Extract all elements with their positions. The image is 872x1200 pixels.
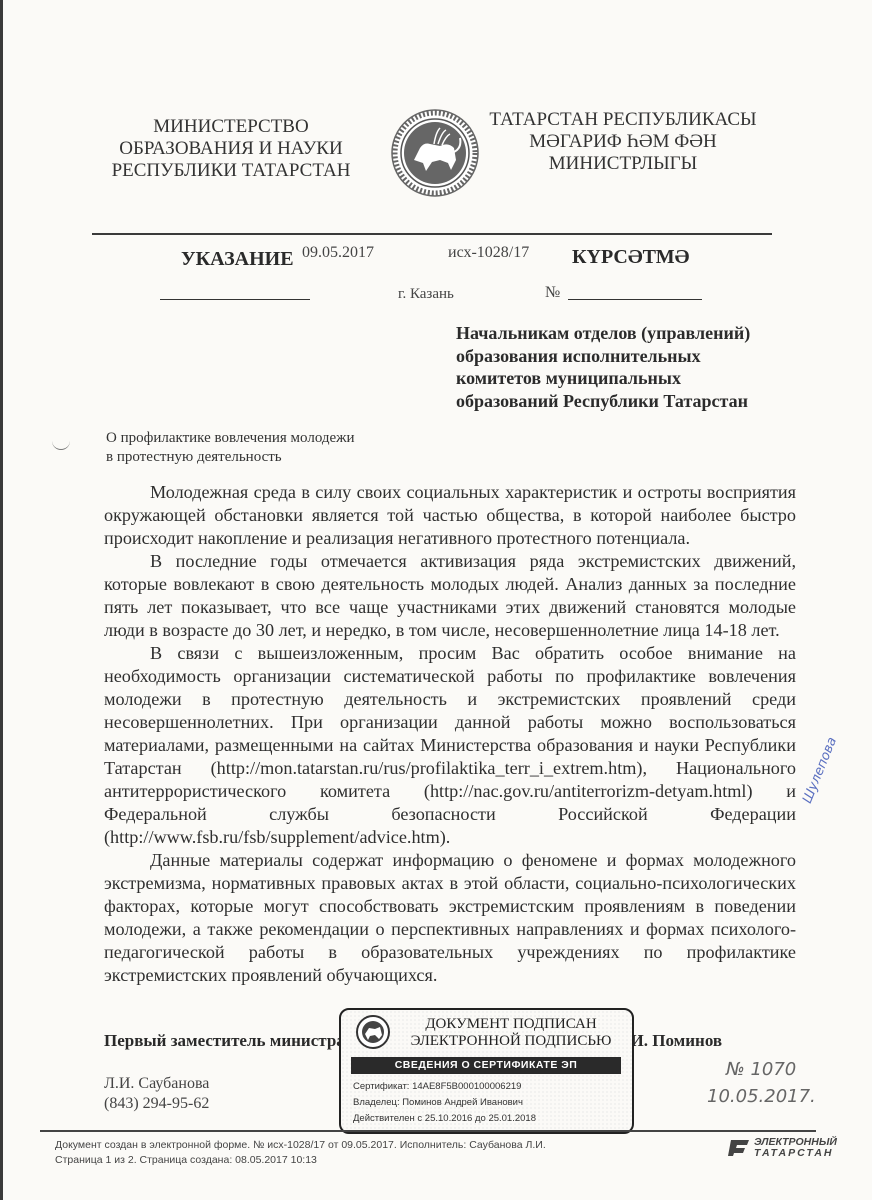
executor-phone: (843) 294-95-62 bbox=[104, 1094, 209, 1114]
tatarstan-coat-of-arms-icon bbox=[390, 108, 480, 198]
ministry-tt-line: МИНИСТРЛЫГЫ bbox=[478, 153, 768, 175]
stamp-validity: Действителен с 25.10.2016 до 25.01.2018 bbox=[353, 1113, 536, 1124]
subject-line: О профилактике вовлечения молодежи bbox=[106, 429, 426, 448]
ministry-ru-line: РЕСПУБЛИКИ ТАТАРСТАН bbox=[100, 160, 362, 182]
number-blank-line bbox=[568, 299, 702, 300]
tatarstan-emblem-icon bbox=[355, 1014, 391, 1050]
footer-info: Документ создан в электронной форме. № и… bbox=[55, 1138, 546, 1168]
handwritten-reg-number: № 1070 bbox=[726, 1059, 796, 1080]
electronic-tatarstan-logo: ЭЛЕКТРОННЫЙ ТАТАРСТАН bbox=[728, 1137, 837, 1159]
stamp-owner: Владелец: Поминов Андрей Иванович bbox=[353, 1097, 523, 1108]
handwritten-margin-note: Шулепова bbox=[800, 735, 840, 806]
ministry-tt-line: ТАТАРСТАН РЕСПУБЛИКАСЫ bbox=[478, 109, 768, 131]
document-kind-ru: УКАЗАНИЕ bbox=[181, 248, 294, 271]
footer-divider bbox=[40, 1130, 816, 1132]
stamp-heading-line: ДОКУМЕНТ ПОДПИСАН bbox=[391, 1016, 631, 1033]
document-city: г. Казань bbox=[398, 286, 454, 303]
stamp-heading: ДОКУМЕНТ ПОДПИСАН ЭЛЕКТРОННОЙ ПОДПИСЬЮ bbox=[391, 1016, 631, 1050]
document-body: Молодежная среда в силу своих социальных… bbox=[104, 481, 796, 987]
punch-mark bbox=[52, 441, 70, 450]
ministry-name-tt: ТАТАРСТАН РЕСПУБЛИКАСЫ МӘГАРИФ ҺӘМ ФӘН М… bbox=[478, 109, 768, 175]
document-number: исх-1028/17 bbox=[448, 244, 529, 262]
ministry-ru-line: ОБРАЗОВАНИЯ И НАУКИ bbox=[100, 138, 362, 160]
addressee: Начальникам отделов (управлений) образов… bbox=[456, 322, 786, 412]
body-paragraph: Данные материалы содержат информацию о ф… bbox=[104, 849, 796, 987]
executor-name: Л.И. Саубанова bbox=[104, 1074, 209, 1094]
body-paragraph: В связи с вышеизложенным, просим Вас обр… bbox=[104, 642, 796, 849]
body-paragraph: В последние годы отмечается активизация … bbox=[104, 550, 796, 642]
executor: Л.И. Саубанова (843) 294-95-62 bbox=[104, 1074, 209, 1114]
subject: О профилактике вовлечения молодежи в про… bbox=[106, 429, 426, 467]
stamp-heading-line: ЭЛЕКТРОННОЙ ПОДПИСЬЮ bbox=[391, 1033, 631, 1050]
ministry-ru-line: МИНИСТЕРСТВО bbox=[100, 116, 362, 138]
electronic-tatarstan-icon bbox=[728, 1138, 750, 1158]
header-divider bbox=[92, 233, 772, 235]
ministry-name-ru: МИНИСТЕРСТВО ОБРАЗОВАНИЯ И НАУКИ РЕСПУБЛ… bbox=[100, 116, 362, 182]
scan-edge bbox=[0, 0, 3, 1200]
stamp-certificate-bar: СВЕДЕНИЯ О СЕРТИФИКАТЕ ЭП bbox=[351, 1057, 621, 1074]
logo-text: ТАТАРСТАН bbox=[754, 1148, 837, 1159]
footer-line: Документ создан в электронной форме. № и… bbox=[55, 1138, 546, 1153]
subject-line: в протестную деятельность bbox=[106, 448, 426, 467]
body-paragraph: Молодежная среда в силу своих социальных… bbox=[104, 481, 796, 550]
stamp-certificate: Сертификат: 14AE8F5B000100006219 bbox=[353, 1081, 521, 1092]
ministry-tt-line: МӘГАРИФ ҺӘМ ФӘН bbox=[478, 131, 768, 153]
date-blank-line bbox=[160, 299, 310, 300]
document-date: 09.05.2017 bbox=[302, 244, 374, 262]
document-kind-tt: КҮРСӘТМӘ bbox=[572, 246, 689, 269]
footer-line: Страница 1 из 2. Страница создана: 08.05… bbox=[55, 1153, 546, 1168]
e-signature-stamp: ДОКУМЕНТ ПОДПИСАН ЭЛЕКТРОННОЙ ПОДПИСЬЮ С… bbox=[339, 1008, 634, 1134]
number-sign: № bbox=[545, 284, 560, 302]
handwritten-reg-date: 10.05.2017. bbox=[707, 1086, 816, 1107]
signatory-title: Первый заместитель министра bbox=[104, 1031, 345, 1051]
